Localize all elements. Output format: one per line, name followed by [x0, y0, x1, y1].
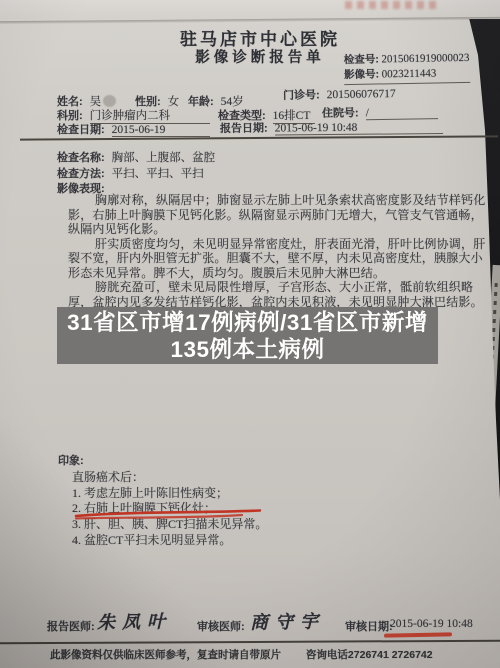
- report-date-field: 报告日期: 2015-06-19 10:48: [220, 117, 443, 137]
- exam-date-value: 2015-06-19: [112, 124, 210, 137]
- exam-no-row: 检查号: 2015061919000023: [344, 51, 470, 68]
- report-doctor-label: 报告医师:: [47, 618, 95, 634]
- report-id-block: 检查号: 2015061919000023 影像号: 0023211443: [344, 51, 470, 85]
- impression-line: 直肠癌术后：: [58, 470, 267, 486]
- report-date-value: 2015-06-19 10:48: [275, 121, 443, 135]
- photo-of-medical-report: 驻马店市中心医院 影像诊断报告单 检查号: 2015061919000023 影…: [0, 0, 500, 668]
- findings-line: 影，右肺上叶胸膜下见钙化影。纵隔窗显示两肺门无增大，气管支气管通畅，: [68, 208, 458, 223]
- review-doctor-label: 审核医师:: [197, 618, 245, 634]
- impression-label: 印象:: [58, 454, 267, 470]
- report-date-label: 报告日期:: [220, 123, 268, 135]
- red-underline-annotation: [74, 509, 264, 521]
- footer-divider-rule: [0, 640, 500, 645]
- impression-line: 1. 考虑左肺上叶陈旧性病变；: [58, 486, 267, 502]
- review-doctor-signature: 商守宇: [250, 607, 325, 634]
- news-caption-line1: 31省区市增17例病例/31省区市新增: [67, 309, 428, 336]
- footer-notice: 此影像资料仅供临床医师参考，复查时请自带原片: [50, 649, 281, 661]
- review-date-label: 审核日期:: [345, 618, 393, 634]
- findings-line: 肝实质密度均匀，未见明显异常密度灶，肝表面光滑，肝叶比例协调，肝: [68, 237, 458, 252]
- news-caption-line2: 135例本土病例: [170, 336, 324, 363]
- exam-method-label: 检查方法:: [57, 168, 105, 180]
- exam-name-value: 胸部、上腹部、盆腔: [112, 152, 216, 164]
- exam-name-label: 检查名称:: [57, 152, 105, 164]
- outpatient-no-label: 门诊号:: [283, 89, 320, 102]
- findings-text: 胸廓对称，纵隔居中；肺窗显示左肺上叶见条索状高密度影及结节样钙化 影，右肺上叶胸…: [68, 193, 458, 309]
- exam-method-value: 平扫、平扫、平扫: [112, 168, 204, 180]
- exam-date-label: 检查日期:: [57, 124, 105, 136]
- outpatient-no-field: 门诊号: 201506076717: [283, 84, 396, 104]
- findings-line: 形态未见异常。脾不大，质均匀。腹膜后未见肿大淋巴结。: [68, 266, 458, 281]
- findings-line: 纵隔内见钙化影。: [68, 222, 458, 237]
- outpatient-no-value: 201506076717: [327, 88, 396, 101]
- findings-line: 胸廓对称，纵隔居中；肺窗显示左肺上叶见条索状高密度影及结节样钙化: [68, 193, 458, 208]
- news-caption-banner: 31省区市增17例病例/31省区市新增 135例本土病例: [57, 307, 438, 364]
- image-no-label: 影像号:: [344, 68, 379, 81]
- impression-line: 4. 盆腔CT平扫未见明显异常。: [58, 533, 267, 549]
- findings-line: 膀胱充盈可，壁未见局限性增厚，子宫形态、大小正常，骶前软组织略: [68, 280, 458, 295]
- image-no-row: 影像号: 0023211443: [344, 66, 470, 85]
- exam-date-field: 检查日期: 2015-06-19: [57, 120, 210, 138]
- red-date-underline-annotation: [384, 632, 452, 637]
- footer-phone: 咨询电话2726741 2726742: [306, 649, 433, 661]
- impression-block: 印象: 直肠癌术后： 1. 考虑左肺上叶陈旧性病变； 2. 右肺上叶胸膜下钙化灶…: [58, 454, 267, 549]
- review-date-value: 2015-06-19 10:48: [390, 618, 473, 630]
- report-doctor-signature: 朱凤叶: [97, 607, 172, 634]
- image-no-value: 0023211443: [382, 67, 437, 80]
- exam-no-value: 2015061919000023: [381, 52, 469, 66]
- findings-line: 裂不宽，肝内外胆管无扩张。胆囊不大，壁不厚，内未见高密度灶，胰腺大小: [68, 251, 458, 266]
- footer-notice-row: 此影像资料仅供临床医师参考，复查时请自带原片 咨询电话2726741 27267…: [50, 647, 433, 662]
- exam-no-label: 检查号:: [344, 53, 379, 66]
